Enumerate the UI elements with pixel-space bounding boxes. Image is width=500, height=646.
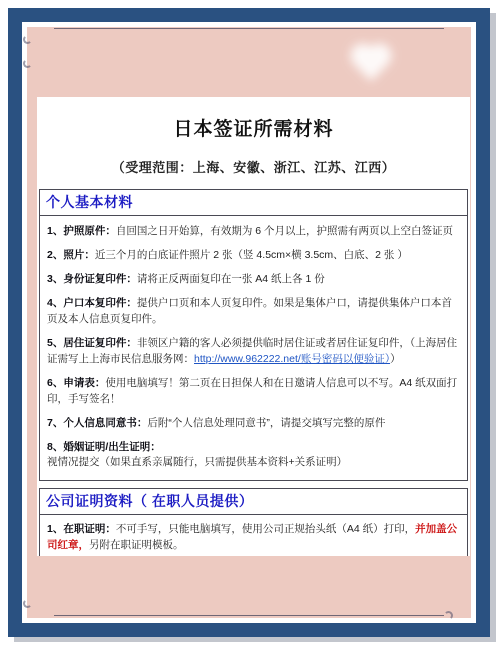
heart-icon [347, 43, 395, 87]
outer-frame: 日本签证所需材料 （受理范围：上海、安徽、浙江、江苏、江西） 个人基本材料 1、… [8, 8, 490, 637]
item-label: 6、申请表： [47, 377, 105, 389]
pink-mat: 日本签证所需材料 （受理范围：上海、安徽、浙江、江苏、江西） 个人基本材料 1、… [27, 27, 471, 618]
item-label: 5、居住证复印件： [47, 337, 137, 349]
page-background: 日本签证所需材料 （受理范围：上海、安徽、浙江、江苏、江西） 个人基本材料 1、… [0, 0, 500, 646]
item-label: 3、身份证复印件： [47, 273, 137, 285]
list-item: 1、在职证明：不可手写，只能电脑填写，使用公司正规抬头纸（A4 纸）打印，并加盖… [47, 522, 460, 554]
corner-flourish [23, 59, 32, 68]
item-text: 不可手写，只能电脑填写，使用公司正规抬头纸（A4 纸）打印， [116, 523, 415, 535]
section-header-personal: 个人基本材料 [40, 190, 467, 216]
item-label: 8、婚姻证明/出生证明： [47, 441, 161, 453]
item-label: 1、护照原件： [47, 225, 116, 237]
item-text: 请将正反两面复印在一张 A4 纸上各 1 份 [137, 273, 325, 285]
list-item: 2、照片：近三个月的白底证件照片 2 张（竖 4.5cm×横 3.5cm、白底、… [47, 248, 460, 264]
list-item: 4、户口本复印件：提供户口页和本人页复印件。如果是集体户口，请提供集体户口本首页… [47, 296, 460, 328]
corner-flourish [23, 599, 32, 608]
list-item: 3、身份证复印件：请将正反两面复印在一张 A4 纸上各 1 份 [47, 272, 460, 288]
item-text: 使用电脑填写！第二页在日担保人和在日邀请人信息可以不写。A4 纸双面打印，手写签… [47, 377, 457, 405]
corner-flourish [444, 611, 453, 620]
list-item: 8、婚姻证明/出生证明：视情况提交（如果直系亲属随行，只需提供基本资料+关系证明… [47, 440, 460, 472]
list-item: 1、护照原件：自回国之日开始算，有效期为 6 个月以上，护照需有两页以上空白签证… [47, 224, 460, 240]
personal-materials-table: 个人基本材料 1、护照原件：自回国之日开始算，有效期为 6 个月以上，护照需有两… [39, 189, 468, 481]
item-text: 近三个月的白底证件照片 2 张（竖 4.5cm×横 3.5cm、白底、2 张 ） [95, 249, 408, 261]
item-label: 4、户口本复印件： [47, 297, 137, 309]
page-subtitle: （受理范围：上海、安徽、浙江、江苏、江西） [37, 157, 470, 176]
list-item: 6、申请表：使用电脑填写！第二页在日担保人和在日邀请人信息可以不写。A4 纸双面… [47, 376, 460, 408]
verification-link[interactable]: http://www.962222.net/账号密码以便验证） [194, 353, 390, 365]
flourish-line-bottom [54, 615, 444, 616]
section-body-personal: 1、护照原件：自回国之日开始算，有效期为 6 个月以上，护照需有两页以上空白签证… [40, 224, 467, 480]
item-text: 自回国之日开始算，有效期为 6 个月以上，护照需有两页以上空白签证页 [116, 225, 453, 237]
item-suffix: ） [390, 353, 401, 365]
corner-flourish [23, 35, 32, 44]
item-text: 视情况提交（如果直系亲属随行，只需提供基本资料+关系证明） [47, 456, 347, 468]
list-item: 7、个人信息同意书：后附“个人信息处理同意书”，请提交填写完整的原件 [47, 416, 460, 432]
item-label: 7、个人信息同意书： [47, 417, 147, 429]
document: 日本签证所需材料 （受理范围：上海、安徽、浙江、江苏、江西） 个人基本材料 1、… [37, 97, 470, 556]
list-item: 5、居住证复印件：非领区户籍的客人必须提供临时居住证或者居住证复印件，（上海居住… [47, 336, 460, 368]
section-header-company: 公司证明资料（ 在职人员提供） [40, 489, 467, 515]
company-materials-table: 公司证明资料（ 在职人员提供） 1、在职证明：不可手写，只能电脑填写，使用公司正… [39, 488, 468, 556]
page-title: 日本签证所需材料 [37, 114, 470, 141]
flourish-line-top [54, 28, 444, 29]
item-text: 后附“个人信息处理同意书”，请提交填写完整的原件 [147, 417, 385, 429]
item-label: 1、在职证明： [47, 523, 116, 535]
item-label: 2、照片： [47, 249, 95, 261]
section-body-company: 1、在职证明：不可手写，只能电脑填写，使用公司正规抬头纸（A4 纸）打印，并加盖… [40, 522, 467, 556]
item-suffix: 另附在职证明模板。 [89, 539, 184, 551]
